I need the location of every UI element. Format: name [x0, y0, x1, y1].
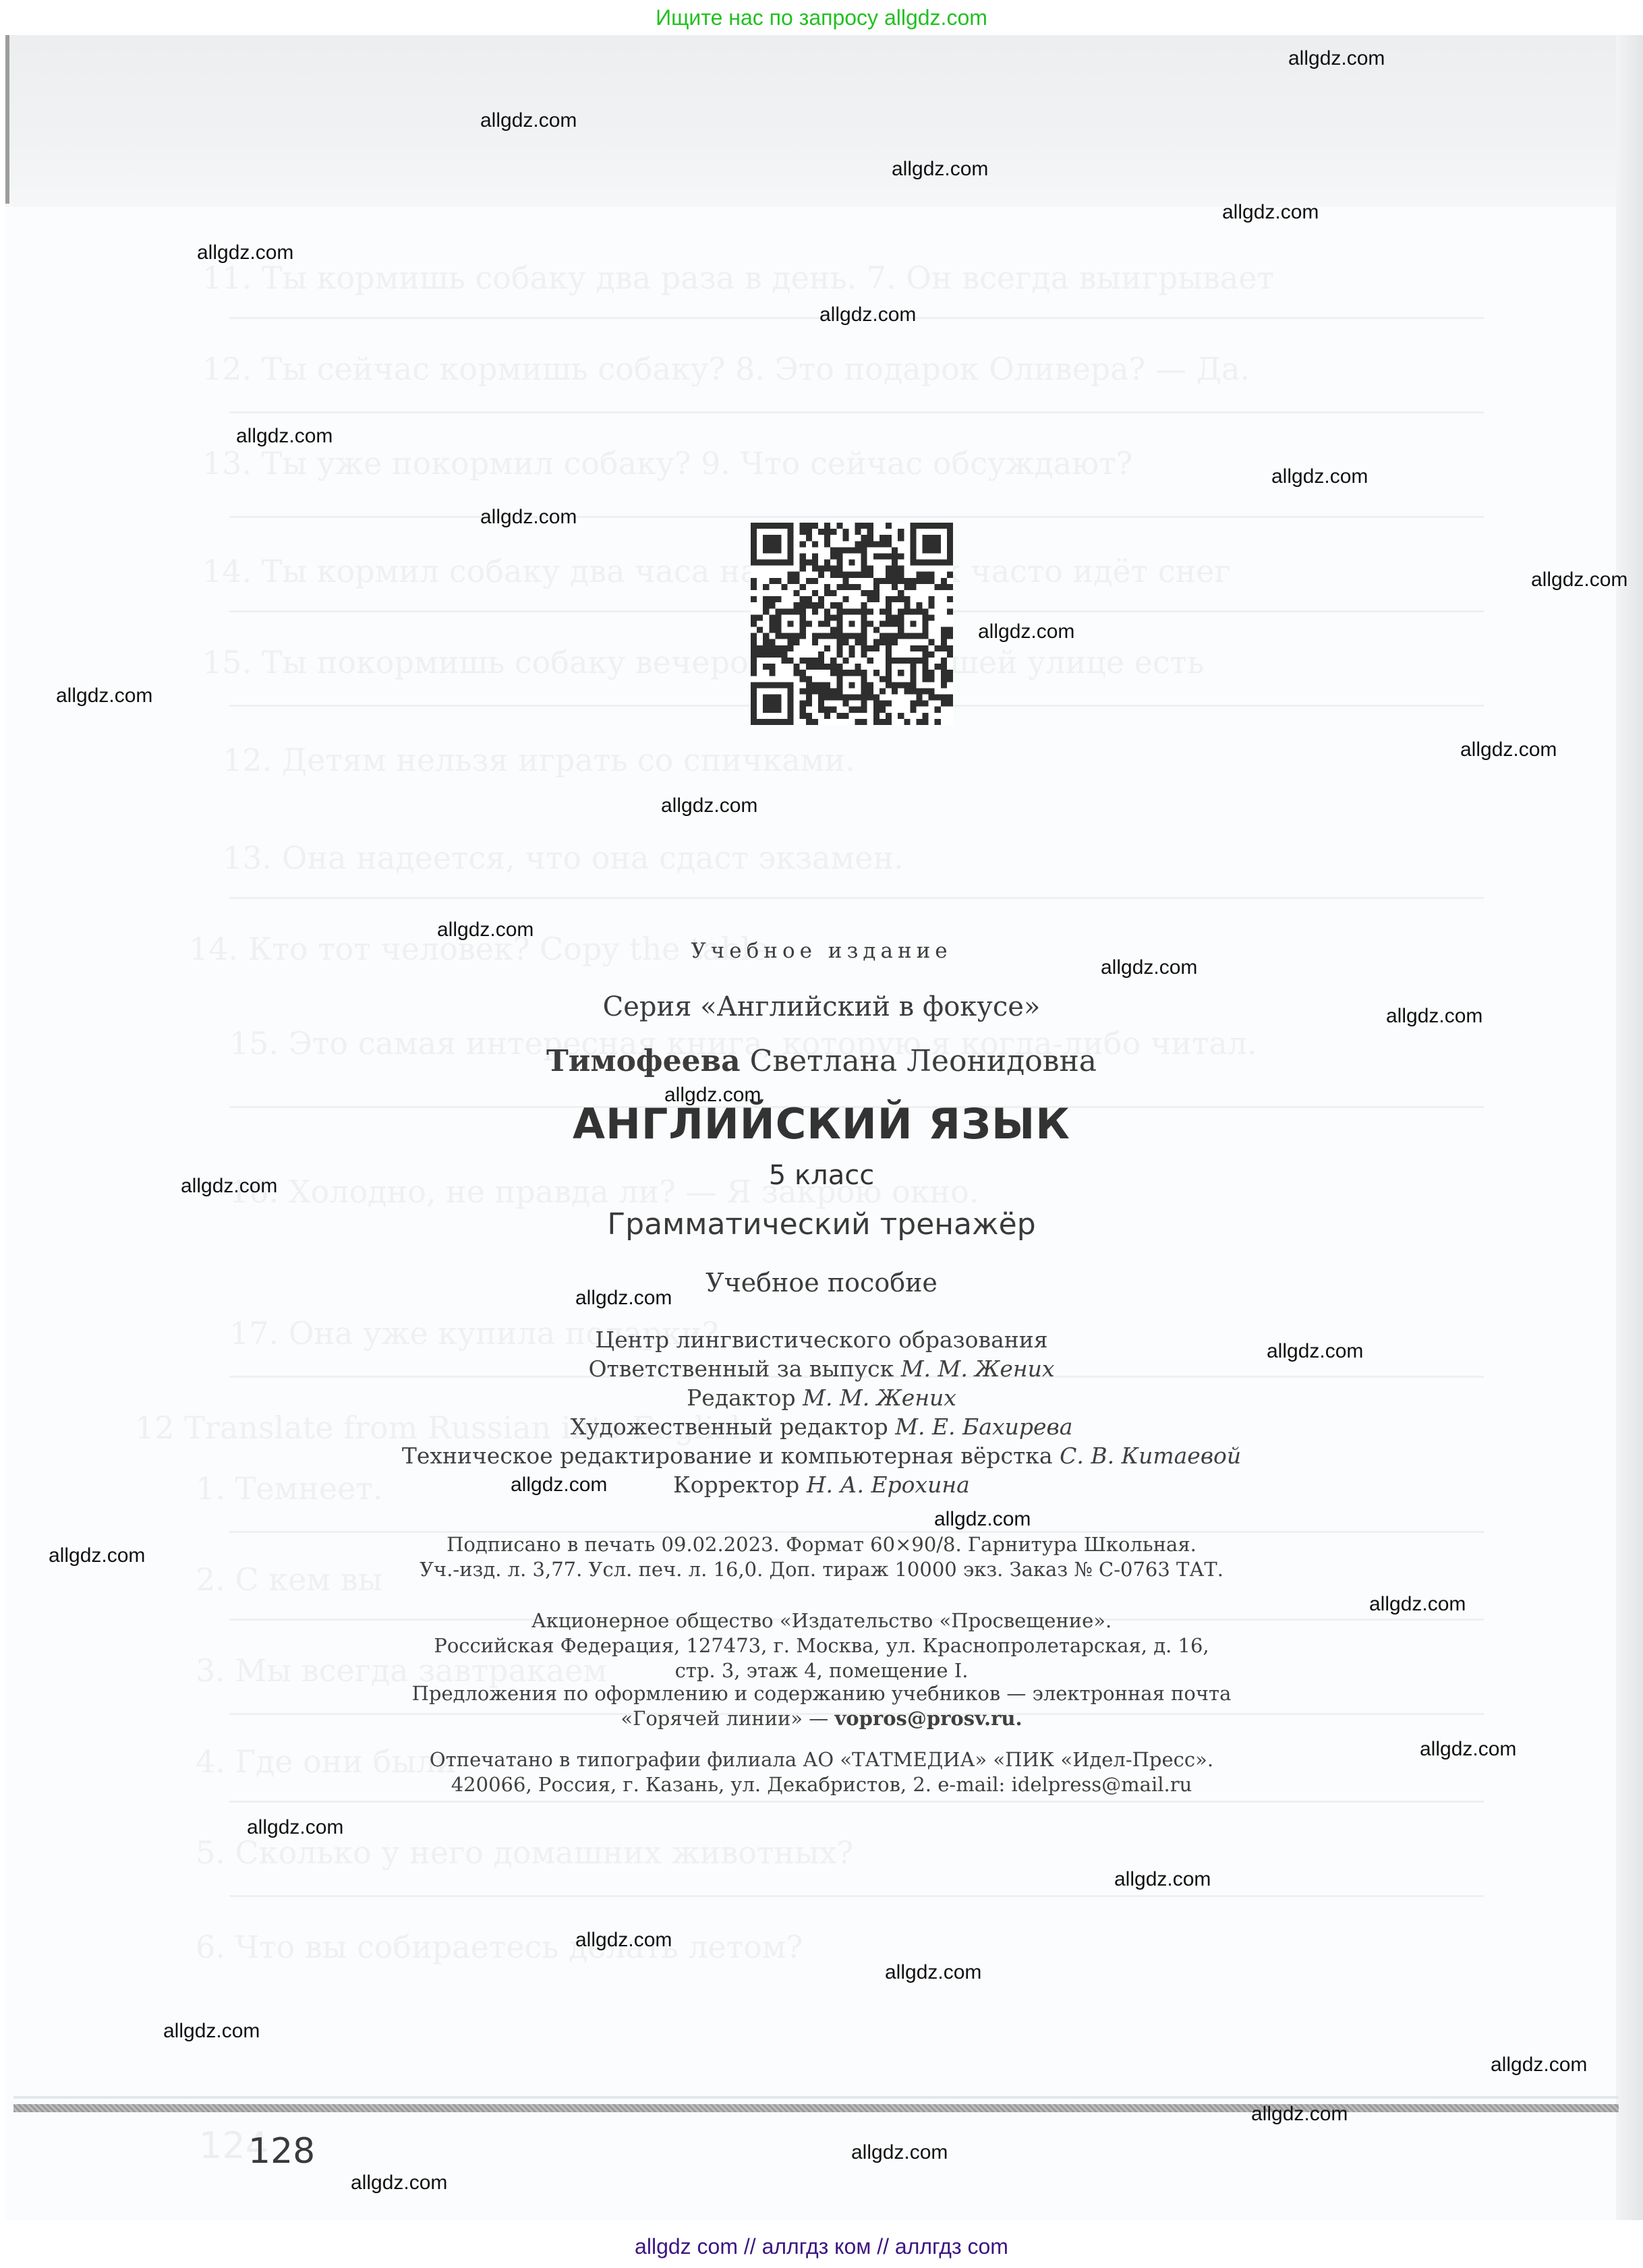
printer-line: Отпечатано в типографии филиала АО «ТАТМ…: [0, 1747, 1643, 1772]
watermark-text: allgdz.com: [181, 1175, 277, 1198]
watermark-text: allgdz.com: [1420, 1738, 1516, 1761]
watermark-text: allgdz.com: [851, 2141, 948, 2164]
page-edge: [5, 35, 9, 204]
publisher-info: Акционерное общество «Издательство «Прос…: [0, 1608, 1643, 1683]
watermark-text: allgdz.com: [1114, 1868, 1211, 1891]
qr-code-icon[interactable]: [751, 523, 953, 725]
bleed-rule: [229, 411, 1484, 413]
watermark-text: allgdz.com: [934, 1508, 1031, 1531]
bleed-rule: [229, 897, 1484, 899]
watermark-text: allgdz.com: [351, 2172, 447, 2194]
watermark-text: allgdz.com: [1251, 2103, 1348, 2126]
credit-line: Центр лингвистического образования: [0, 1325, 1643, 1354]
bleed-rule: [229, 1801, 1484, 1803]
watermark-text: allgdz.com: [163, 2020, 260, 2043]
bleed-line: 12. Детям нельзя играть со спичками.: [223, 742, 855, 778]
book-title: АНГЛИЙСКИЙ ЯЗЫК: [0, 1099, 1643, 1148]
bleed-line: 6. Что вы собираетесь делать летом?: [196, 1929, 803, 1965]
bleed-line: 13. Ты уже покормил собаку? 9. Что сейча…: [202, 445, 1132, 482]
bleed-line: 14. Ты кормил собаку два часа назад? 10.…: [202, 553, 1231, 589]
watermark-text: allgdz.com: [885, 1961, 981, 1984]
watermark-text: allgdz.com: [511, 1474, 607, 1496]
book-type: Учебное пособие: [0, 1268, 1643, 1298]
watermark-text: allgdz.com: [664, 1084, 761, 1107]
print-info-line: Подписано в печать 09.02.2023. Формат 60…: [0, 1532, 1643, 1557]
top-banner[interactable]: Ищите нас по запросу allgdz.com: [0, 0, 1643, 35]
watermark-text: allgdz.com: [1271, 465, 1368, 488]
bleed-line: 15. Ты покормишь собаку вечером? 11. На …: [202, 644, 1204, 680]
printer-line: 420066, Россия, г. Казань, ул. Декабрист…: [0, 1772, 1643, 1797]
watermark-text: allgdz.com: [1531, 569, 1627, 591]
publisher-line: Российская Федерация, 127473, г. Москва,…: [0, 1633, 1643, 1658]
feedback-info: Предложения по оформлению и содержанию у…: [0, 1681, 1643, 1731]
publisher-line: стр. 3, этаж 4, помещение I.: [0, 1658, 1643, 1683]
watermark-text: allgdz.com: [661, 794, 757, 817]
watermark-text: allgdz.com: [437, 919, 534, 941]
watermark-text: allgdz.com: [56, 685, 152, 707]
credit-line: Редактор М. М. Жених: [0, 1383, 1643, 1412]
watermark-text: allgdz.com: [49, 1544, 145, 1567]
credits-block: Центр лингвистического образования Ответ…: [0, 1325, 1643, 1499]
feedback-email[interactable]: vopros@prosv.ru.: [834, 1707, 1022, 1730]
watermark-text: allgdz.com: [575, 1287, 672, 1310]
bleed-line: 13. Она надеется, что она сдаст экзамен.: [223, 840, 904, 876]
bottom-banner[interactable]: allgdz com // аллгдз ком // аллгдз com: [0, 2226, 1643, 2268]
edition-type: Учебное издание: [0, 939, 1643, 963]
watermark-text: allgdz.com: [480, 109, 577, 132]
watermark-text: allgdz.com: [575, 1929, 672, 1952]
footer-rule-shadow: [13, 2096, 1619, 2099]
watermark-text: allgdz.com: [1491, 2054, 1587, 2076]
credit-line: Техническое редактирование и компьютерна…: [0, 1441, 1643, 1470]
credit-line: Художественный редактор М. Е. Бахирева: [0, 1412, 1643, 1441]
feedback-line: «Горячей линии» — vopros@prosv.ru.: [0, 1706, 1643, 1731]
bleed-line: 12. Ты сейчас кормишь собаку? 8. Это под…: [202, 351, 1250, 387]
printer-info: Отпечатано в типографии филиала АО «ТАТМ…: [0, 1747, 1643, 1797]
author-given-names: Светлана Леонидовна: [750, 1044, 1097, 1078]
credit-line: Ответственный за выпуск М. М. Жених: [0, 1354, 1643, 1383]
watermark-text: allgdz.com: [978, 620, 1074, 643]
print-info: Подписано в печать 09.02.2023. Формат 60…: [0, 1532, 1643, 1582]
credit-line: Корректор Н. А. Ерохина: [0, 1470, 1643, 1499]
bleed-rule: [229, 1895, 1484, 1897]
print-info-line: Уч.-изд. л. 3,77. Усл. печ. л. 16,0. Доп…: [0, 1557, 1643, 1582]
watermark-text: allgdz.com: [480, 506, 577, 529]
watermark-text: allgdz.com: [1386, 1005, 1482, 1028]
author-name: Тимофеева Светлана Леонидовна: [0, 1044, 1643, 1078]
page-number: 128: [248, 2131, 315, 2172]
book-subtitle: Грамматический тренажёр: [0, 1207, 1643, 1242]
watermark-text: allgdz.com: [1222, 201, 1319, 224]
watermark-text: allgdz.com: [1288, 47, 1385, 70]
watermark-text: allgdz.com: [197, 241, 293, 264]
watermark-text: allgdz.com: [247, 1816, 343, 1839]
watermark-text: allgdz.com: [819, 303, 916, 326]
bleed-line: 5. Сколько у него домашних животных?: [196, 1834, 853, 1871]
bleed-line: 11. Ты кормишь собаку два раза в день. 7…: [202, 260, 1274, 296]
author-surname: Тимофеева: [546, 1044, 741, 1078]
feedback-line: Предложения по оформлению и содержанию у…: [0, 1681, 1643, 1706]
watermark-text: allgdz.com: [1369, 1593, 1466, 1616]
bleed-rule: [229, 516, 1484, 518]
watermark-text: allgdz.com: [236, 425, 333, 448]
watermark-text: allgdz.com: [892, 158, 988, 181]
watermark-text: allgdz.com: [1267, 1340, 1363, 1363]
footer-rule: [13, 2104, 1619, 2112]
watermark-text: allgdz.com: [1101, 956, 1197, 979]
watermark-text: allgdz.com: [1460, 738, 1557, 761]
